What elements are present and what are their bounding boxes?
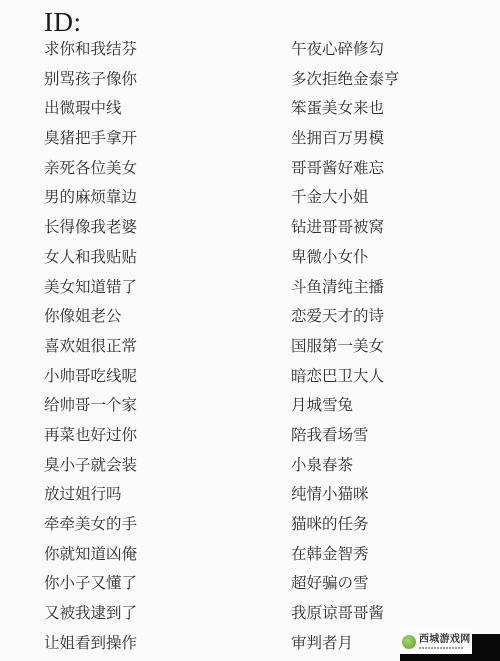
watermark-text-group: 西城游戏网 (419, 635, 471, 649)
list-item: 多次拒绝金泰亨 (291, 68, 400, 98)
list-item: 小泉春茶 (291, 454, 400, 484)
list-item: 喜欢姐很正常 (44, 335, 137, 365)
list-item: 你就知道凶俺 (44, 543, 137, 573)
list-item: 牵牵美女的手 (44, 513, 137, 543)
list-item: 又被我逮到了 (44, 602, 137, 632)
list-item: 恋爱天才的诗 (291, 305, 400, 335)
leaf-logo-icon (402, 635, 416, 649)
list-item: 坐拥百万男模 (291, 127, 400, 157)
list-item: 国服第一美女 (291, 335, 400, 365)
watermark-subline (419, 647, 463, 649)
list-item: 卑微小女仆 (291, 246, 400, 276)
list-item: 月城雪兔 (291, 394, 400, 424)
list-item: 让姐看到操作 (44, 632, 137, 661)
list-item: 放过姐行吗 (44, 483, 137, 513)
list-item: 给帅哥一个家 (44, 394, 137, 424)
list-item: 超好骗の雪 (291, 572, 400, 602)
list-item: 纯情小猫咪 (291, 483, 400, 513)
list-item: 审判者月 (291, 632, 400, 661)
list-item: 陪我看场雪 (291, 424, 400, 454)
list-item: 哥哥酱好难忘 (291, 157, 400, 187)
id-list-right: 午夜心碎修勾 多次拒绝金泰亨 笨蛋美女来也 坐拥百万男模 哥哥酱好难忘 千金大小… (291, 38, 400, 661)
list-item: 女人和我贴贴 (44, 246, 137, 276)
list-item: 亲死各位美女 (44, 157, 137, 187)
list-item: 我原谅哥哥酱 (291, 602, 400, 632)
list-item: 出微瑕中线 (44, 97, 137, 127)
list-item: 钻进哥哥被窝 (291, 216, 400, 246)
corner-strip (400, 654, 500, 661)
list-item: 千金大小姐 (291, 186, 400, 216)
watermark-text: 西城游戏网 (419, 635, 471, 645)
list-item: 臭小子就会装 (44, 454, 137, 484)
list-item: 臭猪把手拿开 (44, 127, 137, 157)
list-item: 你像姐老公 (44, 305, 137, 335)
list-item: 笨蛋美女来也 (291, 97, 400, 127)
list-item: 在韩金智秀 (291, 543, 400, 573)
page-title: ID: (44, 6, 82, 38)
id-list-left: 求你和我结芬 别骂孩子像你 出微瑕中线 臭猪把手拿开 亲死各位美女 男的麻烦靠边… (44, 38, 137, 661)
list-item: 斗鱼清纯主播 (291, 276, 400, 306)
list-item: 你小子又懂了 (44, 572, 137, 602)
list-item: 长得像我老婆 (44, 216, 137, 246)
list-item: 求你和我结芬 (44, 38, 137, 68)
list-item: 猫咪的任务 (291, 513, 400, 543)
list-item: 暗恋巴卫大人 (291, 365, 400, 395)
watermark: 西城游戏网 (400, 630, 472, 654)
list-item: 午夜心碎修勾 (291, 38, 400, 68)
list-item: 别骂孩子像你 (44, 68, 137, 98)
list-item: 再菜也好过你 (44, 424, 137, 454)
list-item: 美女知道错了 (44, 276, 137, 306)
list-item: 男的麻烦靠边 (44, 186, 137, 216)
list-item: 小帅哥吃线呢 (44, 365, 137, 395)
